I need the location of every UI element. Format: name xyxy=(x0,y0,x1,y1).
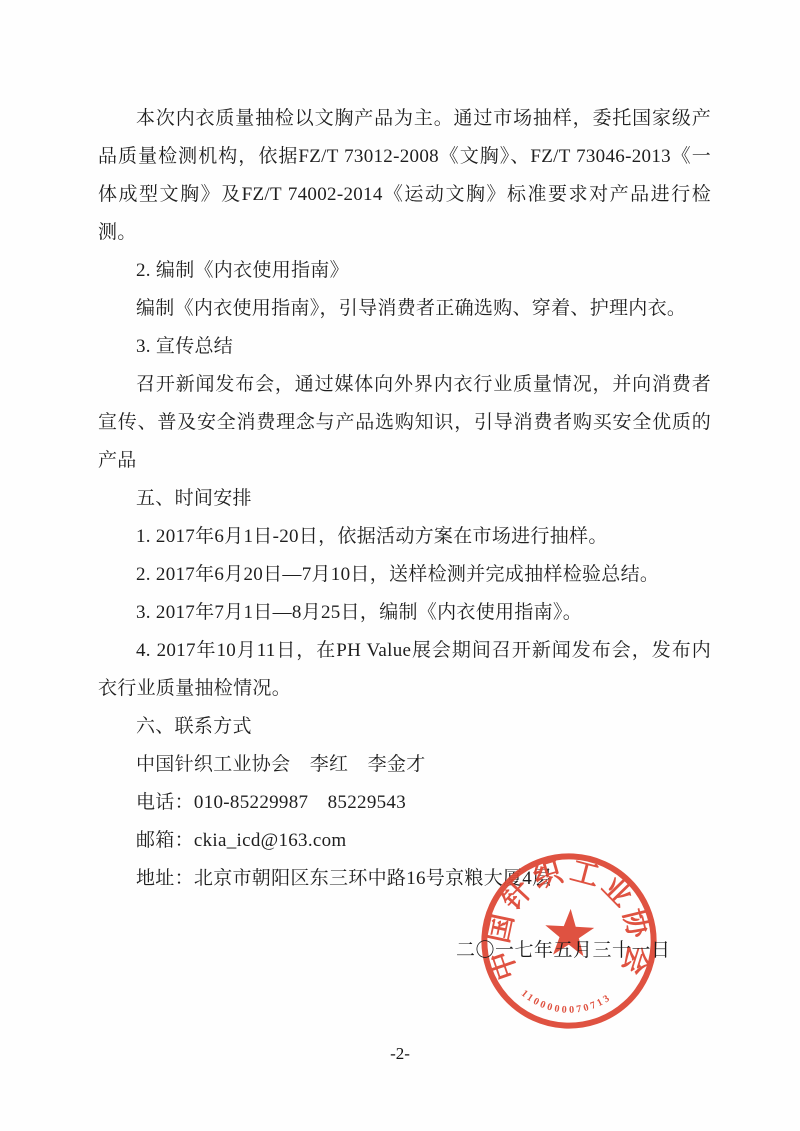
contact-phone: 电话：010-85229987 85229543 xyxy=(98,784,711,822)
contact-org-names: 中国针织工业协会 李红 李金才 xyxy=(98,746,711,784)
schedule-item-1: 1. 2017年6月1日-20日，依据活动方案在市场进行抽样。 xyxy=(98,518,711,556)
paragraph-publicity: 召开新闻发布会，通过媒体向外界内衣行业质量情况，并向消费者宣传、普及安全消费理念… xyxy=(98,366,711,480)
section-heading-schedule: 五、时间安排 xyxy=(98,480,711,518)
page-number: -2- xyxy=(0,1044,800,1064)
paragraph-item-3: 3. 宣传总结 xyxy=(98,328,711,366)
section-heading-contact: 六、联系方式 xyxy=(98,708,711,746)
paragraph-guide: 编制《内衣使用指南》，引导消费者正确选购、穿着、护理内衣。 xyxy=(98,290,711,328)
schedule-item-3: 3. 2017年7月1日—8月25日，编制《内衣使用指南》。 xyxy=(98,594,711,632)
paragraph-intro: 本次内衣质量抽检以文胸产品为主。通过市场抽样，委托国家级产品质量检测机构，依据F… xyxy=(98,100,711,252)
document-body: 本次内衣质量抽检以文胸产品为主。通过市场抽样，委托国家级产品质量检测机构，依据F… xyxy=(98,100,711,898)
schedule-item-2: 2. 2017年6月20日—7月10日，送样检测并完成抽样检验总结。 xyxy=(98,556,711,594)
document-page: 本次内衣质量抽检以文胸产品为主。通过市场抽样，委托国家级产品质量检测机构，依据F… xyxy=(0,0,800,1131)
date-line: 二〇一七年五月三十一日 xyxy=(456,935,671,962)
paragraph-item-2: 2. 编制《内衣使用指南》 xyxy=(98,252,711,290)
seal-serial-text: 1100000070713 xyxy=(518,987,614,1018)
schedule-item-4: 4. 2017年10月11日，在PH Value展会期间召开新闻发布会，发布内衣… xyxy=(98,632,711,708)
